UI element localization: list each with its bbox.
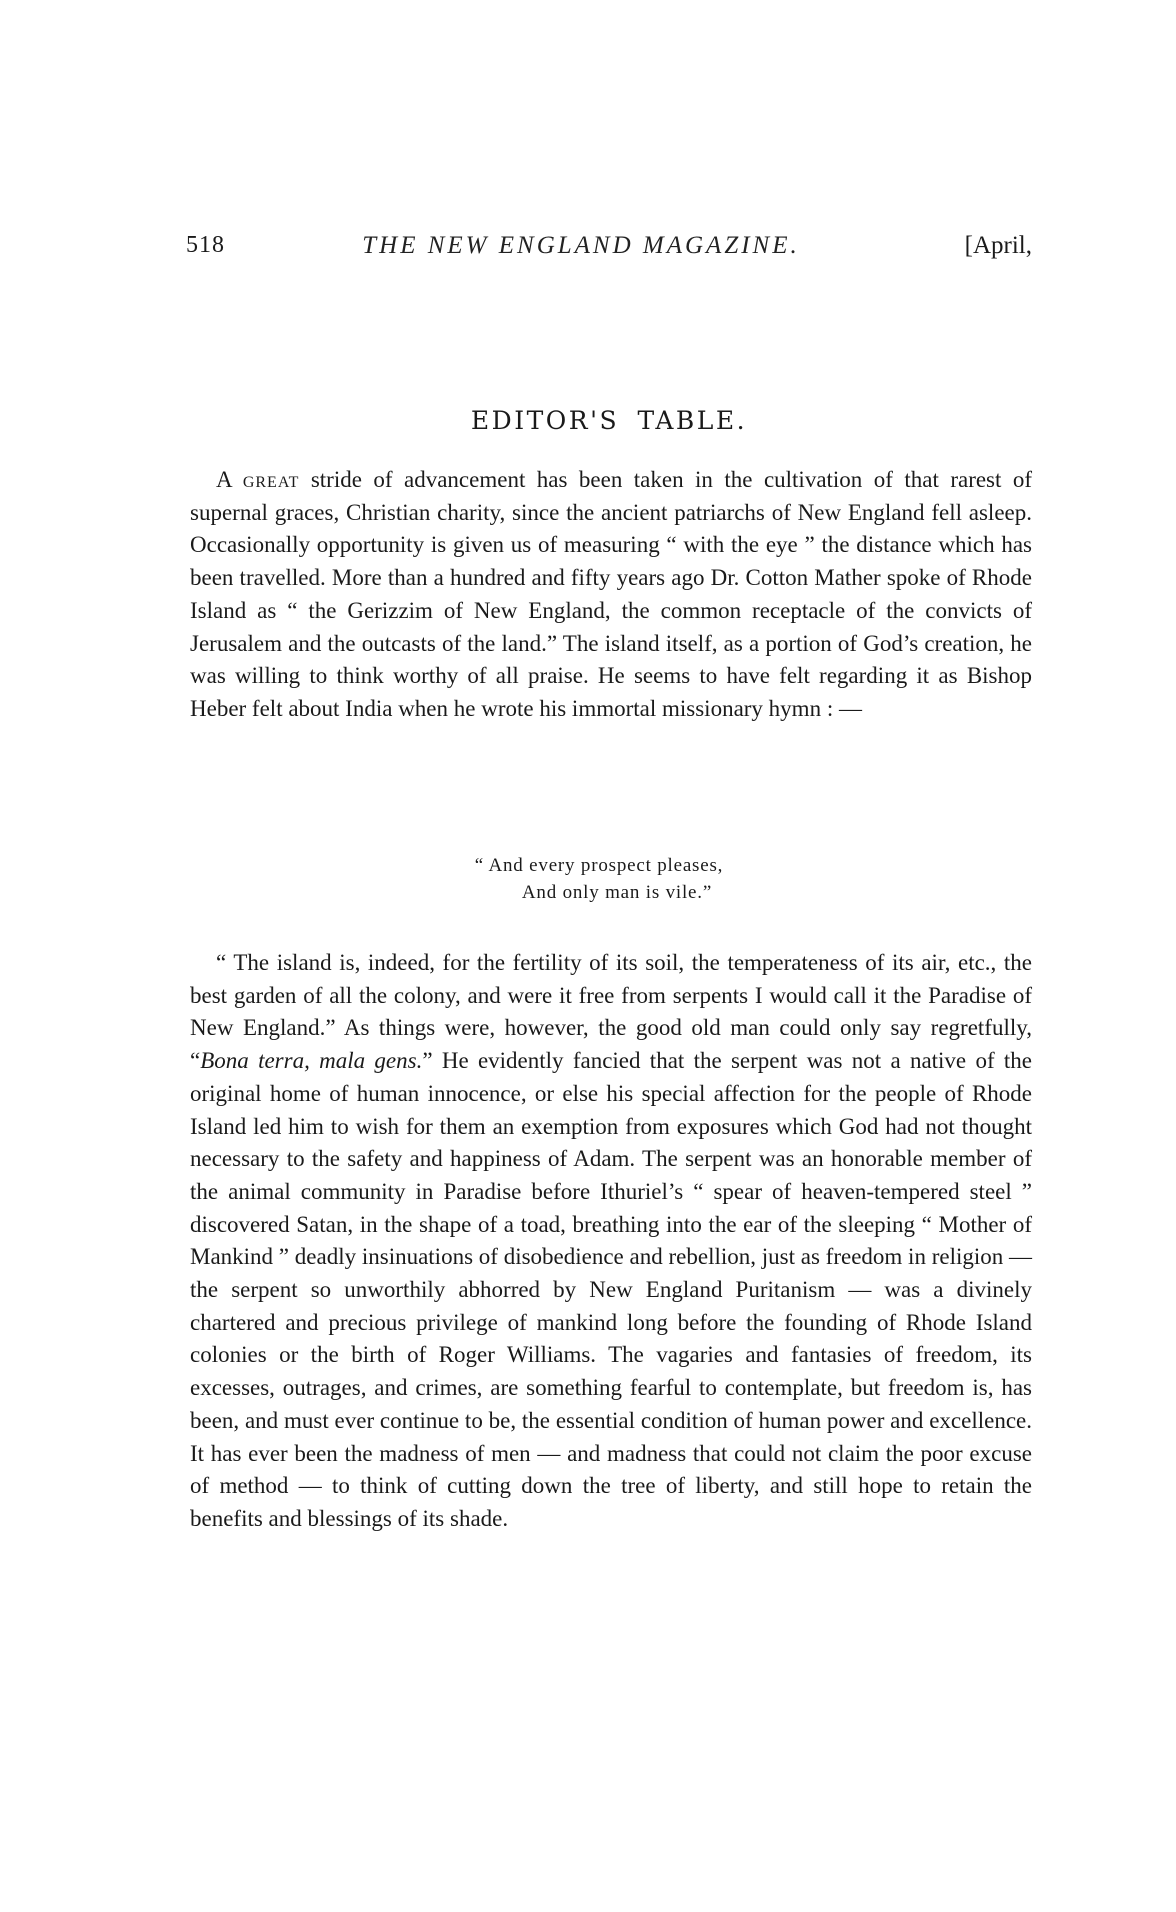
- issue-month: [April,: [965, 232, 1032, 260]
- opening-letter: A: [216, 467, 231, 492]
- magazine-title: THE NEW ENGLAND MAGAZINE.: [296, 232, 866, 260]
- verse-line-1: “ And every prospect pleases,: [186, 852, 1032, 879]
- page-number: 518: [186, 232, 225, 259]
- verse-line-2: And only man is vile.”: [186, 879, 1032, 906]
- latin-phrase: Bona terra, mala gens.: [200, 1048, 422, 1073]
- section-title: EDITOR'S TABLE.: [186, 406, 1032, 435]
- magazine-page: 518 THE NEW ENGLAND MAGAZINE. [April, ED…: [0, 0, 1176, 1912]
- hymn-quotation: “ And every prospect pleases, And only m…: [186, 852, 1032, 906]
- running-header: 518 THE NEW ENGLAND MAGAZINE. [April,: [186, 232, 1032, 268]
- paragraph-text-after-latin: ” He evidently fancied that the serpent …: [190, 1048, 1032, 1531]
- paragraph-rhode-island: “ The island is, indeed, for the fertili…: [190, 947, 1032, 1536]
- paragraph-intro: A great stride of advancement has been t…: [190, 464, 1032, 726]
- opening-smallcaps-word: great: [243, 467, 300, 492]
- paragraph-intro-text: stride of advancement has been taken in …: [190, 467, 1032, 721]
